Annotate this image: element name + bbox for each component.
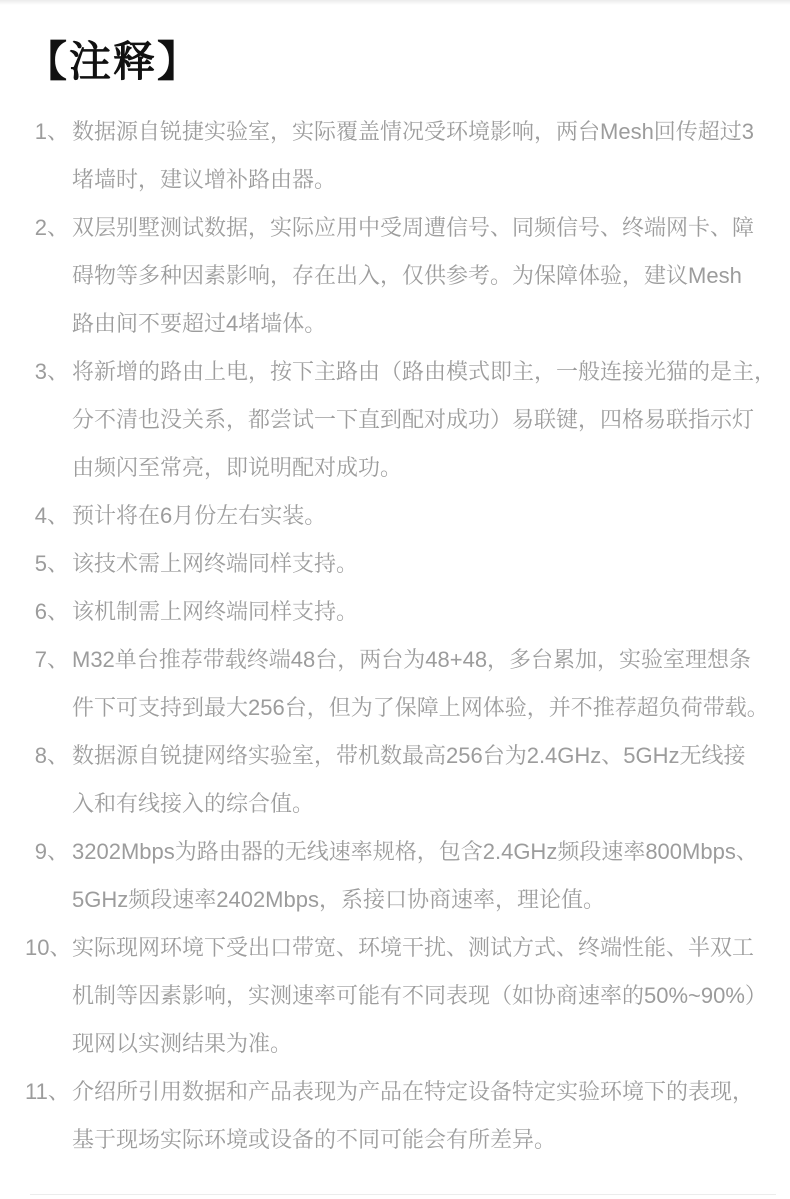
item-number: 9、 bbox=[25, 828, 69, 876]
note-line: 由频闪至常亮，即说明配对成功。 bbox=[72, 444, 750, 492]
note-line: 数据源自锐捷实验室，实际覆盖情况受环境影响，两台Mesh回传超过3 bbox=[72, 108, 750, 156]
bottom-divider bbox=[30, 1194, 776, 1195]
note-line: 预计将在6月份左右实装。 bbox=[72, 492, 750, 540]
note-line: 现网以实测结果为准。 bbox=[72, 1020, 750, 1068]
item-number: 2、 bbox=[25, 204, 69, 252]
note-line: 分不清也没关系，都尝试一下直到配对成功）易联键，四格易联指示灯 bbox=[72, 396, 750, 444]
note-item-7: 7、 M32单台推荐带载终端48台，两台为48+48，多台累加，实验室理想条 件… bbox=[25, 636, 750, 732]
note-item-9: 9、 3202Mbps为路由器的无线速率规格，包含2.4GHz频段速率800Mb… bbox=[25, 828, 750, 924]
note-line: 数据源自锐捷网络实验室，带机数最高256台为2.4GHz、5GHz无线接 bbox=[72, 732, 750, 780]
note-item-4: 4、 预计将在6月份左右实装。 bbox=[25, 492, 750, 540]
notes-list: 1、 数据源自锐捷实验室，实际覆盖情况受环境影响，两台Mesh回传超过3 堵墙时… bbox=[25, 108, 750, 1164]
note-item-5: 5、 该技术需上网终端同样支持。 bbox=[25, 540, 750, 588]
note-line: 3202Mbps为路由器的无线速率规格，包含2.4GHz频段速率800Mbps、 bbox=[72, 828, 750, 876]
note-item-2: 2、 双层别墅测试数据，实际应用中受周遭信号、同频信号、终端网卡、障 碍物等多种… bbox=[25, 204, 750, 348]
note-line: 双层别墅测试数据，实际应用中受周遭信号、同频信号、终端网卡、障 bbox=[72, 204, 750, 252]
note-line: 介绍所引用数据和产品表现为产品在特定设备特定实验环境下的表现， bbox=[72, 1068, 750, 1116]
note-line: 件下可支持到最大256台，但为了保障上网体验，并不推荐超负荷带载。 bbox=[72, 684, 750, 732]
note-item-8: 8、 数据源自锐捷网络实验室，带机数最高256台为2.4GHz、5GHz无线接 … bbox=[25, 732, 750, 828]
note-line: 将新增的路由上电，按下主路由（路由模式即主，一般连接光猫的是主， bbox=[72, 348, 750, 396]
item-number: 4、 bbox=[25, 492, 69, 540]
note-line: 入和有线接入的综合值。 bbox=[72, 780, 750, 828]
note-line: 该机制需上网终端同样支持。 bbox=[72, 588, 750, 636]
note-line: M32单台推荐带载终端48台，两台为48+48，多台累加，实验室理想条 bbox=[72, 636, 750, 684]
item-number: 11、 bbox=[25, 1068, 69, 1116]
item-number: 8、 bbox=[25, 732, 69, 780]
item-number: 1、 bbox=[25, 108, 69, 156]
note-line: 碍物等多种因素影响，存在出入，仅供参考。为保障体验，建议Mesh bbox=[72, 252, 750, 300]
note-item-11: 11、 介绍所引用数据和产品表现为产品在特定设备特定实验环境下的表现， 基于现场… bbox=[25, 1068, 750, 1164]
note-item-6: 6、 该机制需上网终端同样支持。 bbox=[25, 588, 750, 636]
note-line: 路由间不要超过4堵墙体。 bbox=[72, 300, 750, 348]
note-line: 堵墙时，建议增补路由器。 bbox=[72, 156, 750, 204]
notes-section: 【注释】 1、 数据源自锐捷实验室，实际覆盖情况受环境影响，两台Mesh回传超过… bbox=[0, 0, 790, 1164]
note-item-1: 1、 数据源自锐捷实验室，实际覆盖情况受环境影响，两台Mesh回传超过3 堵墙时… bbox=[25, 108, 750, 204]
note-line: 基于现场实际环境或设备的不同可能会有所差异。 bbox=[72, 1116, 750, 1164]
note-item-3: 3、 将新增的路由上电，按下主路由（路由模式即主，一般连接光猫的是主， 分不清也… bbox=[25, 348, 750, 492]
note-item-10: 10、 实际现网环境下受出口带宽、环境干扰、测试方式、终端性能、半双工 机制等因… bbox=[25, 924, 750, 1068]
note-line: 该技术需上网终端同样支持。 bbox=[72, 540, 750, 588]
section-title: 【注释】 bbox=[25, 38, 750, 86]
item-number: 5、 bbox=[25, 540, 69, 588]
item-number: 7、 bbox=[25, 636, 69, 684]
note-line: 实际现网环境下受出口带宽、环境干扰、测试方式、终端性能、半双工 bbox=[72, 924, 750, 972]
note-line: 机制等因素影响，实测速率可能有不同表现（如协商速率的50%~90%） bbox=[72, 972, 750, 1020]
note-line: 5GHz频段速率2402Mbps，系接口协商速率，理论值。 bbox=[72, 876, 750, 924]
top-edge-shadow bbox=[0, 0, 790, 5]
item-number: 6、 bbox=[25, 588, 69, 636]
item-number: 3、 bbox=[25, 348, 69, 396]
item-number: 10、 bbox=[25, 924, 69, 972]
